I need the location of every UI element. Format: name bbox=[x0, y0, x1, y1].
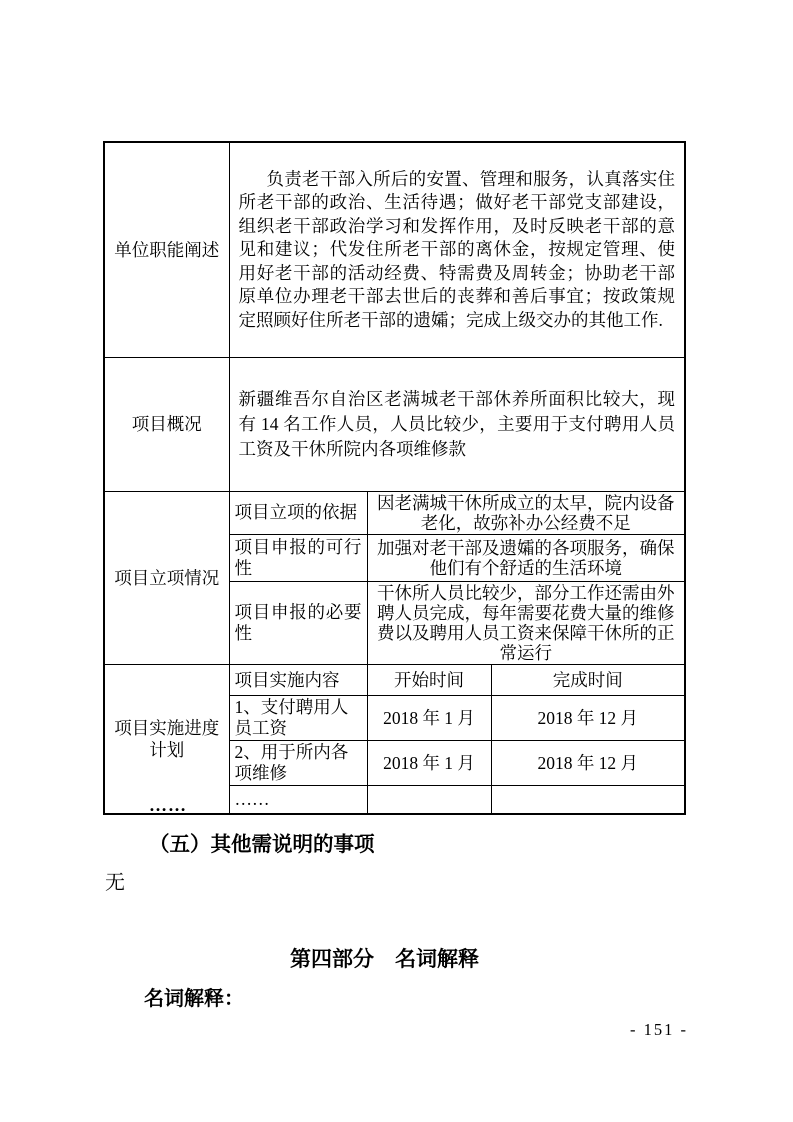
unit-function-label: 单位职能阐述 bbox=[104, 142, 229, 357]
part-four-title: 第四部分 名词解释 bbox=[0, 943, 769, 973]
row-approval-basis: 项目立项情况 项目立项的依据 因老满城干休所成立的太早，院内设备老化，故弥补办公… bbox=[104, 491, 685, 534]
schedule-header-start: 开始时间 bbox=[367, 664, 491, 695]
approval-section-label: 项目立项情况 bbox=[104, 491, 229, 664]
project-overview-label: 项目概况 bbox=[104, 357, 229, 491]
approval-basis-label: 项目立项的依据 bbox=[229, 491, 367, 534]
project-overview-content: 新疆维吾尔自治区老满城老干部休养所面积比较大，现有 14 名工作人员，人员比较少… bbox=[229, 357, 685, 491]
schedule-item-2-start: 2018 年 1 月 bbox=[367, 740, 491, 785]
unit-function-content: 负责老干部入所后的安置、管理和服务，认真落实住所老干部的政治、生活待遇；做好老干… bbox=[229, 142, 685, 357]
schedule-header-content: 项目实施内容 bbox=[229, 664, 367, 695]
row-unit-function: 单位职能阐述 负责老干部入所后的安置、管理和服务，认真落实住所老干部的政治、生活… bbox=[104, 142, 685, 357]
project-info-table: 单位职能阐述 负责老干部入所后的安置、管理和服务，认真落实住所老干部的政治、生活… bbox=[103, 141, 686, 815]
schedule-ellipsis-content: …… bbox=[229, 785, 367, 814]
approval-necessity-label: 项目申报的必要性 bbox=[229, 581, 367, 664]
schedule-item-1-content: 1、支付聘用人员工资 bbox=[229, 695, 367, 740]
document-page: 单位职能阐述 负责老干部入所后的安置、管理和服务，认真落实住所老干部的政治、生活… bbox=[0, 0, 793, 1122]
schedule-ellipsis-start bbox=[367, 785, 491, 814]
section-five-heading: （五）其他需说明的事项 bbox=[149, 827, 375, 857]
page-number: - 151 - bbox=[630, 1020, 688, 1040]
schedule-section-label: 项目实施进度计划 bbox=[104, 664, 229, 814]
approval-feasibility-label: 项目申报的可行性 bbox=[229, 534, 367, 581]
row-project-overview: 项目概况 新疆维吾尔自治区老满城老干部休养所面积比较大，现有 14 名工作人员，… bbox=[104, 357, 685, 491]
schedule-section-label-text: 项目实施进度计划 bbox=[111, 717, 223, 761]
schedule-item-2-finish: 2018 年 12 月 bbox=[491, 740, 685, 785]
schedule-ellipsis-finish bbox=[491, 785, 685, 814]
approval-basis-content: 因老满城干休所成立的太早，院内设备老化，故弥补办公经费不足 bbox=[367, 491, 685, 534]
section-five-content: 无 bbox=[105, 866, 125, 895]
after-table-ellipsis: …… bbox=[149, 795, 187, 816]
schedule-header-finish: 完成时间 bbox=[491, 664, 685, 695]
schedule-item-1-finish: 2018 年 12 月 bbox=[491, 695, 685, 740]
approval-necessity-content: 干休所人员比较少，部分工作还需由外聘人员完成，每年需要花费大量的维修费以及聘用人… bbox=[367, 581, 685, 664]
schedule-item-1-start: 2018 年 1 月 bbox=[367, 695, 491, 740]
row-schedule-header: 项目实施进度计划 项目实施内容 开始时间 完成时间 bbox=[104, 664, 685, 695]
schedule-item-2-content: 2、用于所内各项维修 bbox=[229, 740, 367, 785]
glossary-heading: 名词解释： bbox=[144, 982, 244, 1011]
approval-feasibility-content: 加强对老干部及遗孀的各项服务，确保他们有个舒适的生活环境 bbox=[367, 534, 685, 581]
